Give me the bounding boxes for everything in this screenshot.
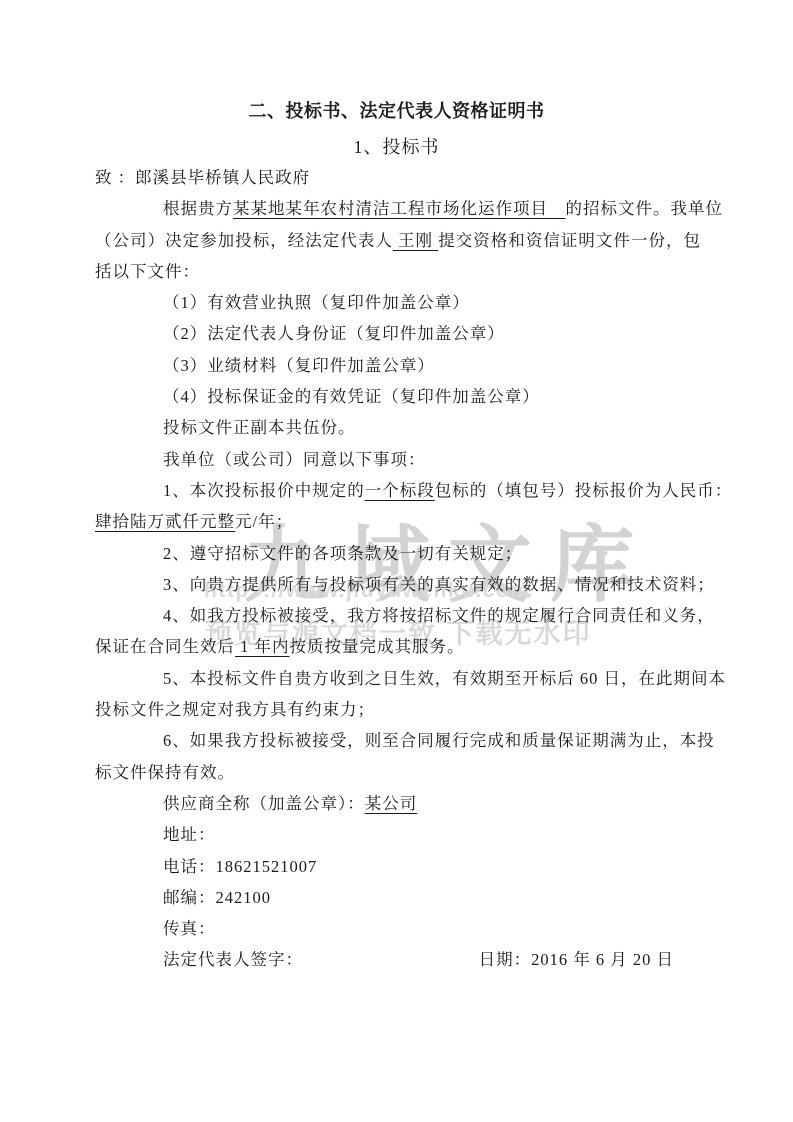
text-run: 5、本投标文件自贵方收到之日生效，有效期至开标后 60 日，在此期间本 [163, 669, 726, 688]
text-run: 4、如我方投标被接受，我方将按招标文件的规定履行合同责任和义务， [163, 606, 715, 625]
signature-label: 法定代表人签字： [163, 944, 303, 975]
text-line: （公司）决定参加投标，经法定代表人 王刚 提交资格和资信证明文件一份，包 [95, 225, 701, 256]
text-line: 电话：18621521007 [95, 851, 701, 882]
text-line: 6、如果我方投标被接受，则至合同履行完成和质量保证期满为止，本投 [95, 725, 701, 756]
text-line: （4）投标保证金的有效凭证（复印件加盖公章） [95, 381, 701, 412]
text-line: 5、本投标文件自贵方收到之日生效，有效期至开标后 60 日，在此期间本 [95, 663, 701, 694]
text-line: 保证在合同生效后 1 年内按质按量完成其服务。 [95, 631, 701, 662]
doc-body: 致 ：郎溪县毕桥镇人民政府根据贵方某某地某年农村清洁工程市场化运作项目 的招标文… [95, 162, 701, 976]
text-line: 3、向贵方提供所有与投标项有关的真实有效的数据、情况和技术资料； [95, 569, 701, 600]
text-run: 保证在合同生效后 [95, 637, 235, 656]
text-run: 3、向贵方提供所有与投标项有关的真实有效的数据、情况和技术资料； [163, 575, 715, 594]
text-run: 元/年； [235, 512, 293, 531]
text-run: 的招标文件。我单位 [566, 199, 724, 218]
text-line: 供应商全称（加盖公章）：某公司 [95, 788, 701, 819]
text-line: 邮编：242100 [95, 882, 701, 913]
text-run: 2、遵守招标文件的各项条款及一切有关规定； [163, 544, 522, 563]
text-run: 邮编：242100 [163, 888, 271, 907]
text-line: 我单位（或公司）同意以下事项： [95, 444, 701, 475]
text-line: 括以下文件： [95, 256, 701, 287]
text-line: 传真： [95, 913, 701, 944]
text-line: 投标文件之规定对我方具有约束力； [95, 694, 701, 725]
text-run: 提交资格和资信证明文件一份，包 [438, 231, 701, 250]
filled-blank-text: 一个标段 [365, 481, 435, 500]
text-run: 供应商全称（加盖公章）： [163, 794, 365, 813]
text-run: 投标文件之规定对我方具有约束力； [95, 700, 375, 719]
text-line: 致 ：郎溪县毕桥镇人民政府 [95, 162, 701, 193]
text-run: （3）业绩材料（复印件加盖公章） [163, 356, 435, 375]
text-run: 传真： [163, 919, 216, 938]
text-line: 肆拾陆万贰仟元整元/年； [95, 506, 701, 537]
text-run: 1、本次投标报价中规定的 [163, 481, 365, 500]
text-run: 6、如果我方投标被接受，则至合同履行完成和质量保证期满为止，本投 [163, 731, 715, 750]
text-line: 1、本次投标报价中规定的一个标段包标的（填包号）投标报价为人民币： [95, 475, 701, 506]
filled-blank-text: 某某地某年农村清洁工程市场化运作项目 [233, 199, 566, 218]
doc-subtitle: 1、投标书 [0, 133, 793, 159]
text-line: 投标文件正副本共伍份。 [95, 412, 701, 443]
doc-title: 二、投标书、法定代表人资格证明书 [0, 97, 793, 123]
filled-blank-text: 王刚 [393, 231, 438, 250]
signature-line: 法定代表人签字：日期：2016 年 6 月 20 日 [95, 944, 701, 975]
filled-blank-text: 某公司 [365, 794, 418, 813]
text-run: 地址： [163, 825, 216, 844]
text-run: 投标文件正副本共伍份。 [163, 418, 356, 437]
text-line: 2、遵守招标文件的各项条款及一切有关规定； [95, 538, 701, 569]
filled-blank-text: 肆拾陆万贰仟元整 [95, 512, 235, 531]
text-line: （3）业绩材料（复印件加盖公章） [95, 350, 701, 381]
text-run: （2）法定代表人身份证（复印件加盖公章） [163, 324, 505, 343]
text-line: 根据贵方某某地某年农村清洁工程市场化运作项目 的招标文件。我单位 [95, 193, 701, 224]
text-line: 4、如我方投标被接受，我方将按招标文件的规定履行合同责任和义务， [95, 600, 701, 631]
text-run: 按质按量完成其服务。 [290, 637, 465, 656]
text-line: 地址： [95, 819, 701, 850]
text-run: （公司）决定参加投标，经法定代表人 [95, 231, 393, 250]
text-run: 根据贵方 [163, 199, 233, 218]
date-label: 日期：2016 年 6 月 20 日 [479, 944, 674, 975]
text-run: （4）投标保证金的有效凭证（复印件加盖公章） [163, 387, 540, 406]
text-run: 致 ：郎溪县毕桥镇人民政府 [95, 168, 310, 187]
text-run: 标文件保持有效。 [95, 763, 235, 782]
text-run: 括以下文件： [95, 262, 200, 281]
text-line: （1）有效营业执照（复印件加盖公章） [95, 287, 701, 318]
text-line: （2）法定代表人身份证（复印件加盖公章） [95, 318, 701, 349]
text-run: 我单位（或公司）同意以下事项： [163, 450, 426, 469]
text-run: 包标的（填包号）投标报价为人民币： [435, 481, 733, 500]
text-run: （1）有效营业执照（复印件加盖公章） [163, 293, 470, 312]
document-page: 九域文库 https://www.jiuyuwenku.com 预览与源文档一致… [0, 0, 793, 1122]
text-run: 电话：18621521007 [163, 857, 317, 876]
text-line: 标文件保持有效。 [95, 757, 701, 788]
filled-blank-text: 1 年内 [235, 637, 290, 656]
